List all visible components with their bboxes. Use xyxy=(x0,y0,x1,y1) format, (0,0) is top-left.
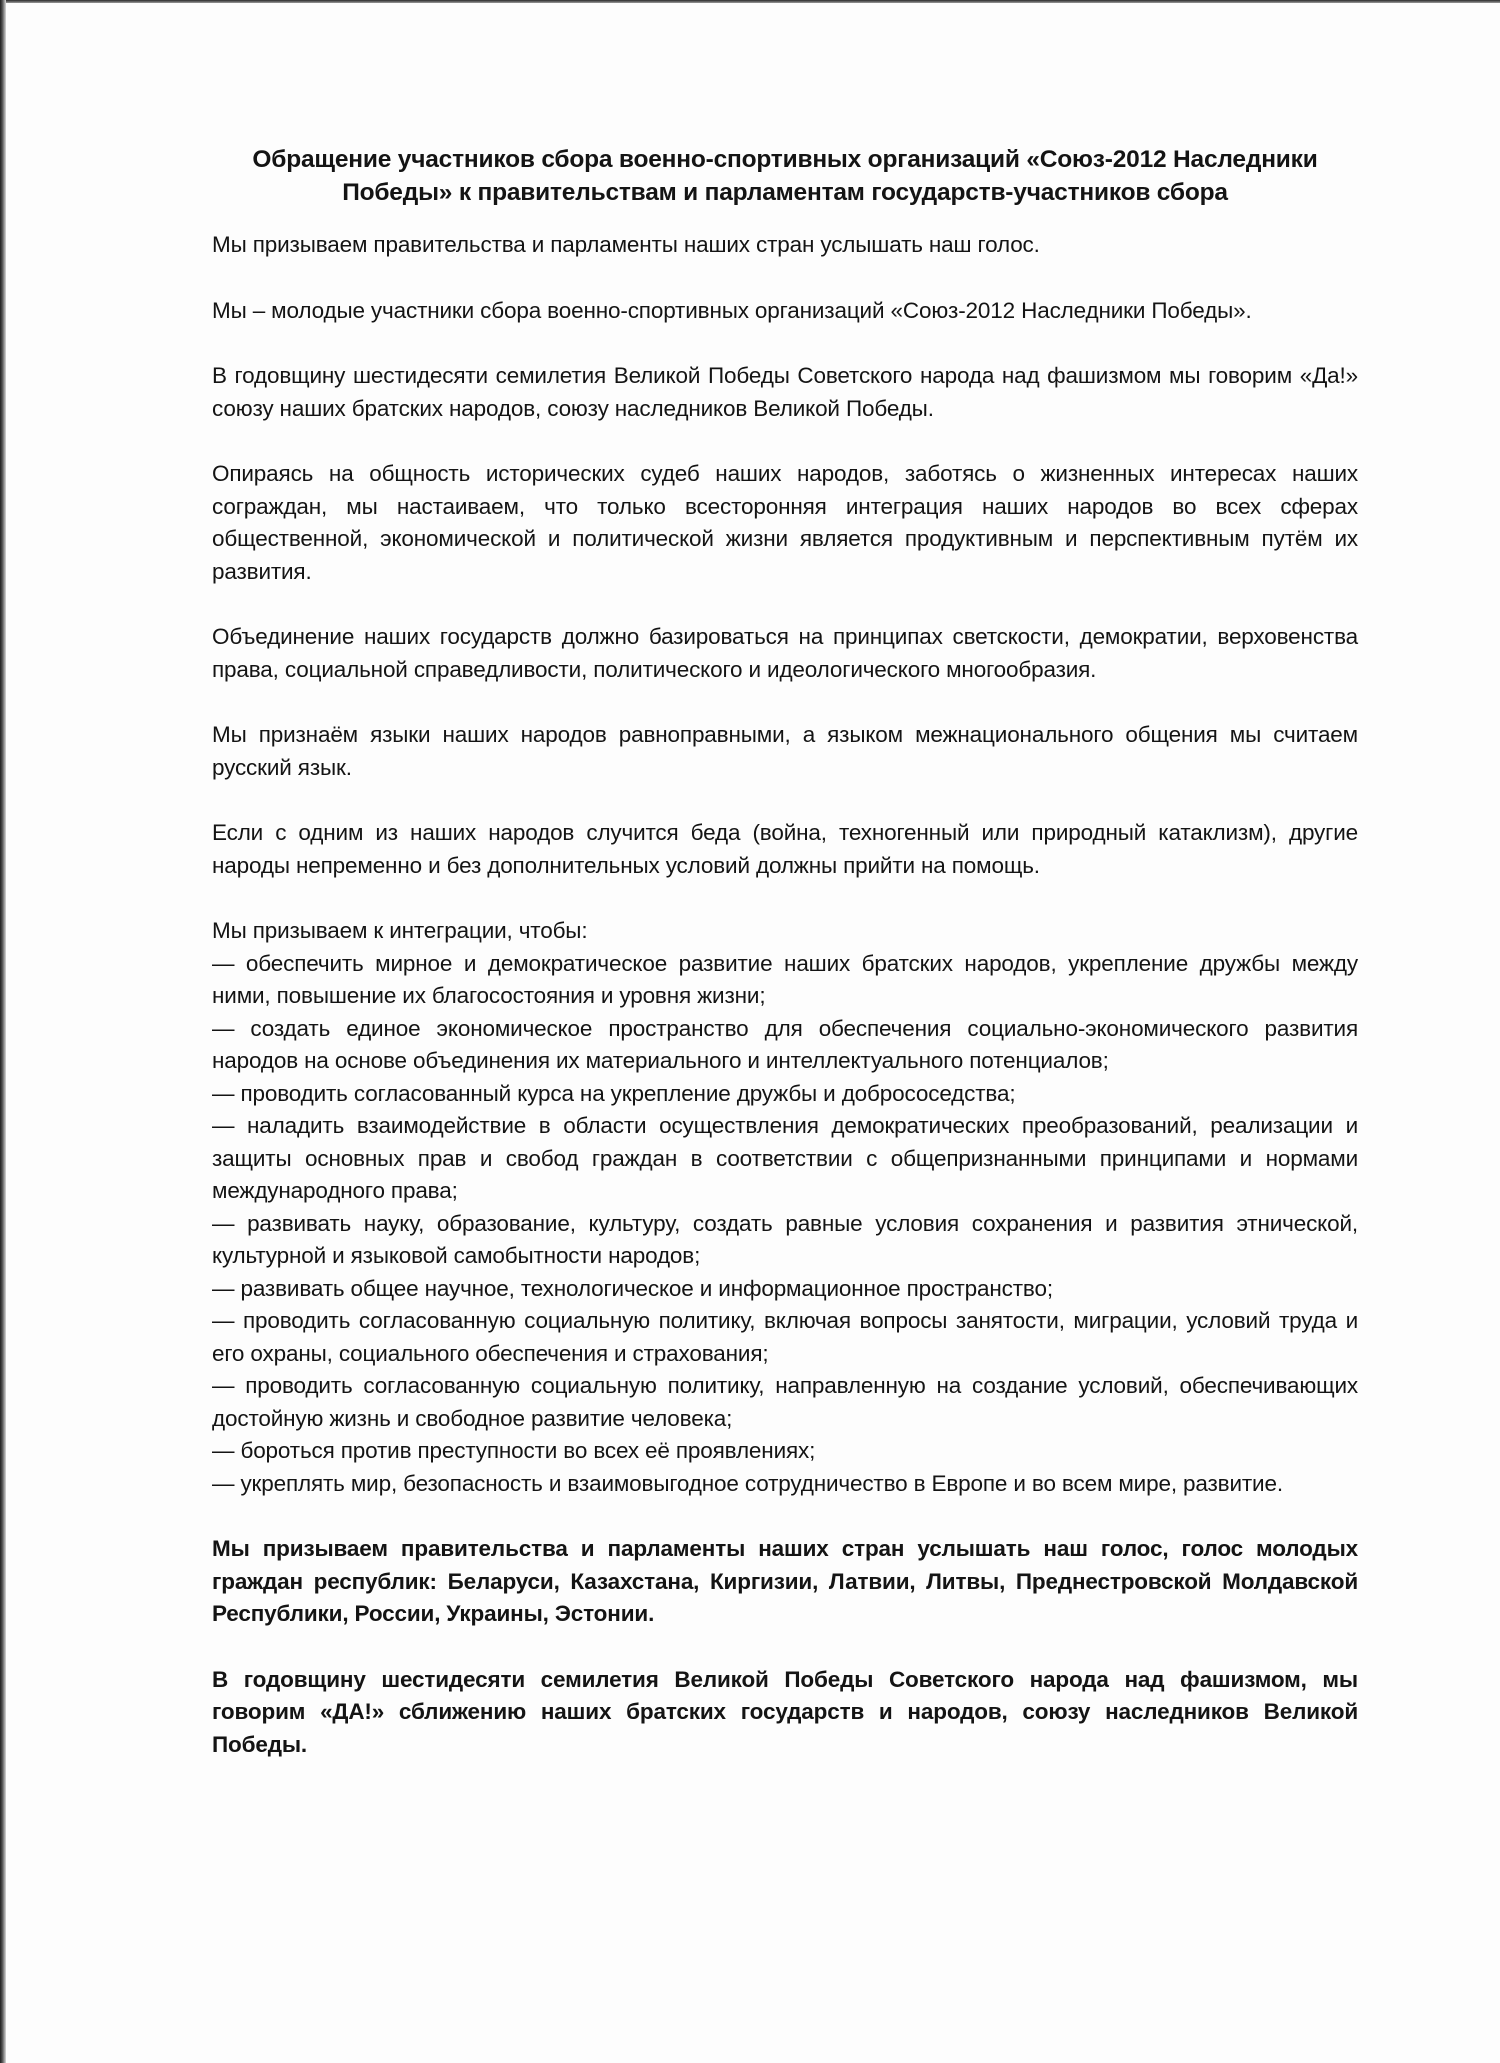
spacer xyxy=(212,262,1358,295)
spacer xyxy=(212,425,1358,458)
scanned-page: Обращение участников сбора военно-спорти… xyxy=(0,0,1500,2063)
spacer xyxy=(212,327,1358,360)
list-intro: Мы призываем к интеграции, чтобы: xyxy=(212,915,1358,948)
spacer xyxy=(212,686,1358,719)
list-item: — проводить согласованную социальную пол… xyxy=(212,1305,1358,1370)
paragraph-principles: Объединение наших государств должно бази… xyxy=(212,621,1358,686)
scan-edge-left xyxy=(0,0,6,2063)
paragraph-mutual-aid: Если с одним из наших народов случится б… xyxy=(212,817,1358,882)
document-title: Обращение участников сбора военно-спорти… xyxy=(212,143,1358,209)
document-body: Обращение участников сбора военно-спорти… xyxy=(212,143,1358,1761)
list-item: — развивать общее научное, технологическ… xyxy=(212,1273,1358,1306)
spacer xyxy=(212,209,1358,229)
paragraph-integration: Опираясь на общность исторических судеб … xyxy=(212,458,1358,588)
list-item: — проводить согласованный курса на укреп… xyxy=(212,1078,1358,1111)
spacer xyxy=(212,1500,1358,1533)
scan-edge-top xyxy=(0,0,1500,3)
list-item: — наладить взаимодействие в области осущ… xyxy=(212,1110,1358,1208)
goals-list: — обеспечить мирное и демократическое ра… xyxy=(212,948,1358,1501)
paragraph-anniversary: В годовщину шестидесяти семилетия Велико… xyxy=(212,360,1358,425)
spacer xyxy=(212,588,1358,621)
closing-appeal: Мы призываем правительства и парламенты … xyxy=(212,1533,1358,1631)
paragraph-who-we-are: Мы – молодые участники сбора военно-спор… xyxy=(212,295,1358,328)
list-item: — укреплять мир, безопасность и взаимовы… xyxy=(212,1468,1358,1501)
list-item: — обеспечить мирное и демократическое ра… xyxy=(212,948,1358,1013)
paragraph-appeal: Мы призываем правительства и парламенты … xyxy=(212,229,1358,262)
spacer xyxy=(212,1631,1358,1664)
list-item: — проводить согласованную социальную пол… xyxy=(212,1370,1358,1435)
spacer xyxy=(212,882,1358,915)
list-item: — создать единое экономическое пространс… xyxy=(212,1013,1358,1078)
paragraph-languages: Мы признаём языки наших народов равнопра… xyxy=(212,719,1358,784)
list-item: — бороться против преступности во всех е… xyxy=(212,1435,1358,1468)
closing-declaration: В годовщину шестидесяти семилетия Велико… xyxy=(212,1664,1358,1762)
spacer xyxy=(212,784,1358,817)
list-item: — развивать науку, образование, культуру… xyxy=(212,1208,1358,1273)
